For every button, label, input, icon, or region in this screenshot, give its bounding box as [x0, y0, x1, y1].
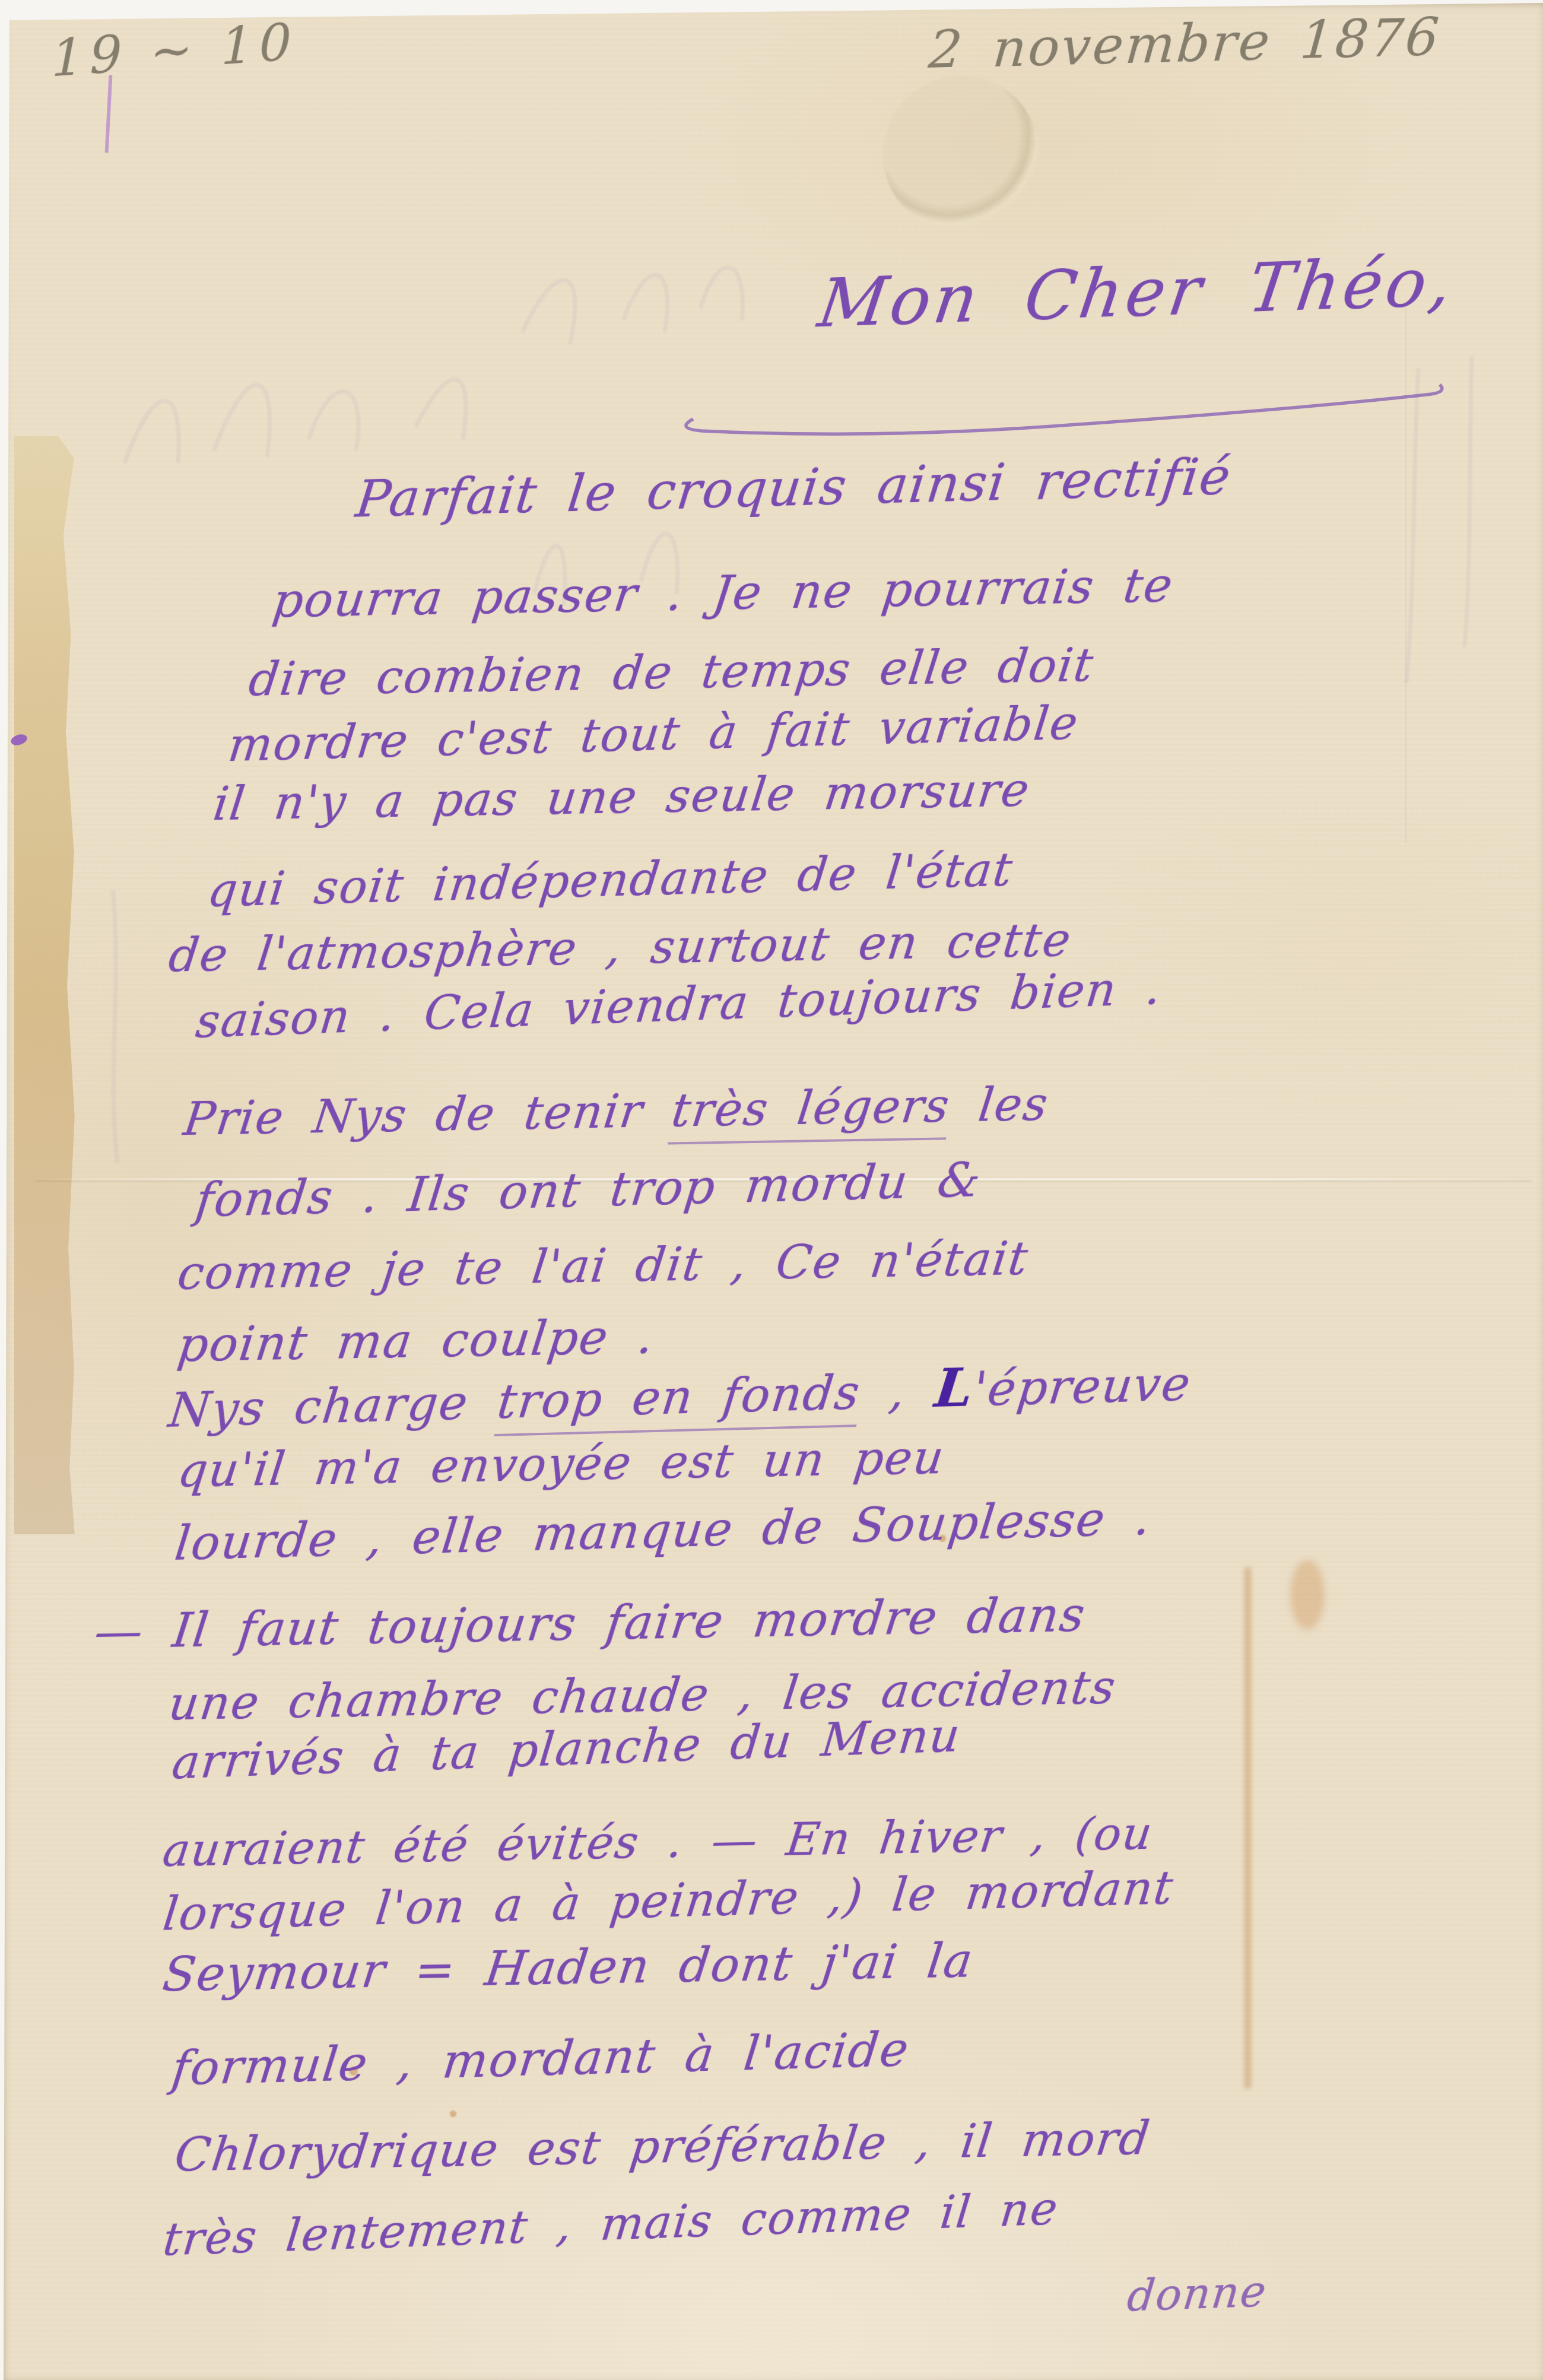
date-annotation-pencil: 2 novembre 1876	[926, 7, 1443, 81]
line-text: — Il faut toujours faire mordre dans	[91, 1586, 1089, 1659]
line-text: comme je te l'ai dit , Ce n'était	[175, 1232, 1032, 1300]
manuscript-line-6: qui soit indépendante de l'état	[205, 843, 1016, 918]
manuscript-line-1: Parfait le croquis ainsi rectifié	[353, 447, 1235, 529]
underlined-phrase: trop en fonds	[494, 1364, 863, 1436]
line-text: Seymour = Haden dont j'ai la	[160, 1932, 977, 2002]
manuscript-line-2: pourra passer . Je ne pourrais te	[269, 557, 1176, 629]
manuscript-line-5: il n'y a pas une seule morsure	[211, 763, 1033, 831]
rust-speck	[450, 2111, 456, 2117]
line-text: formule , mordant à l'acide	[169, 2022, 912, 2096]
salutation: Mon Cher Théo,	[814, 243, 1460, 342]
line-text: très lentement , mais comme il ne	[161, 2181, 1061, 2265]
embossed-blind-stamp	[883, 76, 1040, 233]
manuscript-line-12: point ma coulpe .	[174, 1309, 658, 1372]
line-text: dire combien de temps elle doit	[246, 638, 1097, 706]
line-text: Prie Nys de tenir	[181, 1084, 675, 1146]
line-text: fonds . Ils ont trop mordu &	[193, 1152, 985, 1228]
manuscript-line-4: mordre c'est tout à fait variable	[226, 696, 1081, 772]
manuscript-line-15: lourde , elle manque de Souplesse .	[172, 1490, 1154, 1570]
repair-tape-strip	[14, 436, 77, 1534]
line-text: il n'y a pas une seule morsure	[211, 763, 1033, 831]
line-text: ,	[857, 1363, 938, 1420]
underlined-phrase: très légers	[668, 1079, 953, 1144]
line-text: 'épreuve	[970, 1356, 1194, 1417]
line-text: point ma coulpe .	[174, 1309, 658, 1372]
line-text: les	[947, 1077, 1052, 1132]
line-text: pourra passer . Je ne pourrais te	[269, 557, 1176, 629]
manuscript-line-3: dire combien de temps elle doit	[246, 638, 1097, 706]
line-text: Nys charge	[166, 1374, 501, 1438]
line-text: lourde , elle manque de Souplesse .	[172, 1490, 1154, 1570]
letter-page: 19 ~ 10 2 novembre 1876 Mon Cher Théo, P…	[0, 0, 1543, 2380]
manuscript-line-11: comme je te l'ai dit , Ce n'était	[175, 1232, 1032, 1300]
catchword: donne	[1125, 2266, 1270, 2321]
manuscript-line-9: Prie Nys de tenir très légers les	[181, 1077, 1052, 1146]
line-text: qu'il m'a envoyée est un peu	[175, 1431, 948, 1498]
line-text: qui soit indépendante de l'état	[205, 843, 1016, 918]
rust-stain-blotch	[1290, 1560, 1325, 1630]
archival-number-pencil: 19 ~ 10	[52, 12, 298, 89]
line-text: mordre c'est tout à fait variable	[226, 696, 1081, 772]
line-text: Parfait le croquis ainsi rectifié	[353, 447, 1235, 529]
manuscript-line-22: formule , mordant à l'acide	[169, 2022, 912, 2096]
manuscript-line-16: — Il faut toujours faire mordre dans	[91, 1586, 1089, 1659]
vertical-crease	[1405, 309, 1407, 843]
manuscript-line-24: très lentement , mais comme il ne	[161, 2181, 1061, 2265]
line-text: Chlorydrique est préférable , il mord	[172, 2112, 1154, 2182]
manuscript-line-14: qu'il m'a envoyée est un peu	[175, 1431, 948, 1498]
stray-ink-stroke	[105, 75, 113, 153]
manuscript-line-10: fonds . Ils ont trop mordu &	[193, 1152, 985, 1228]
manuscript-line-21: Seymour = Haden dont j'ai la	[160, 1932, 977, 2002]
manuscript-line-23: Chlorydrique est préférable , il mord	[172, 2112, 1154, 2182]
rust-stain-streak	[1244, 1567, 1252, 2089]
